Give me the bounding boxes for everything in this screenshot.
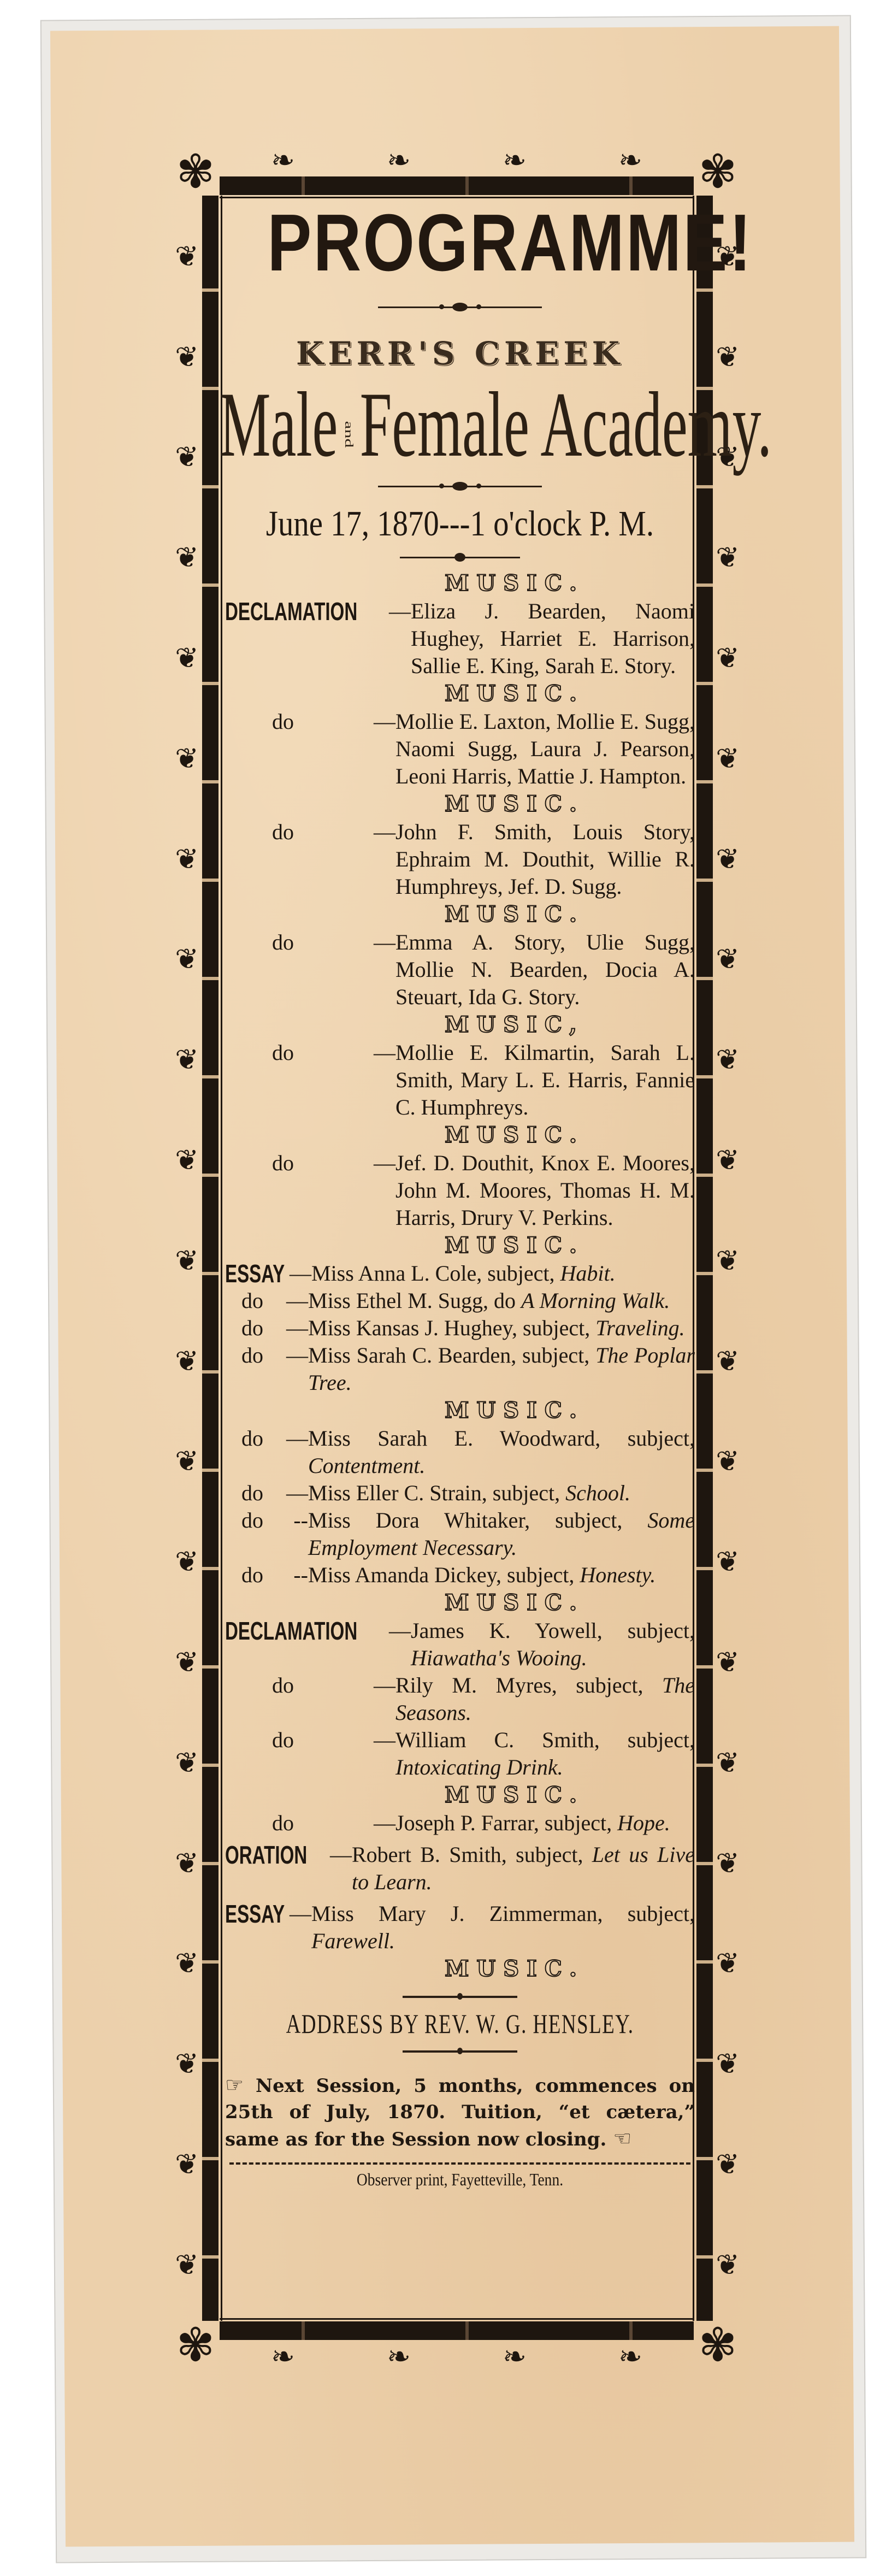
declamation-entry: do — William C. Smith, subject, Intoxica… — [225, 1726, 695, 1781]
music-interlude: MUSIC. — [334, 790, 695, 818]
music-interlude: MUSIC, — [334, 1011, 695, 1039]
pointing-hand-left-icon: ☜ — [613, 2126, 631, 2150]
music-interlude: MUSIC. — [334, 1781, 695, 1809]
essay-entry: do — Miss Ethel M. Sugg, do A Morning Wa… — [225, 1287, 695, 1314]
entry-dash: — — [290, 1260, 311, 1287]
top-ornaments: ❧ ❧ ❧ ❧ — [225, 146, 688, 174]
declamation-entry: do — Emma A. Story, Ulie Sugg, Mollie N.… — [225, 929, 695, 1011]
fleuron-icon: ❦ — [712, 1046, 743, 1074]
ornamental-divider — [378, 481, 542, 492]
entry-label: DECLAMATION — [225, 598, 343, 625]
entry-text: Miss Sarah E. Woodward, subject, — [308, 1426, 695, 1451]
essay-entry: ESSAY — Miss Anna L. Cole, subject, Habi… — [225, 1260, 695, 1287]
entry-dash: — — [374, 929, 395, 1011]
entry-dash: — — [374, 1726, 395, 1781]
entry-dash: — — [374, 1809, 395, 1837]
entry-label: do — [225, 1287, 269, 1314]
music-interlude: MUSIC. — [334, 1396, 695, 1425]
academy-name: MaleandFemale Academy. — [220, 373, 700, 476]
entry-text: Robert B. Smith, subject, — [352, 1842, 583, 1867]
fleuron-icon: ❦ — [172, 1146, 202, 1175]
entry-label: do — [225, 1342, 269, 1396]
fleuron-icon: ❦ — [712, 2050, 743, 2078]
music-interlude: MUSIC. — [334, 900, 695, 929]
fleuron-icon: ❦ — [172, 544, 202, 572]
fleuron-icon: ❦ — [172, 1749, 202, 1777]
flourish-icon: ❧ — [271, 2343, 295, 2370]
fleuron-icon: ❦ — [712, 2150, 743, 2179]
entry-dash: — — [374, 1672, 395, 1726]
flourish-icon: ❧ — [503, 2343, 527, 2370]
entry-dash: — — [269, 1287, 308, 1314]
fleuron-icon: ❦ — [712, 745, 743, 773]
border-top-bar — [220, 176, 694, 195]
declamation-entry: do — Rily M. Myres, subject, The Seasons… — [225, 1672, 695, 1726]
fleuron-icon: ❦ — [172, 644, 202, 673]
fleuron-icon: ❦ — [172, 1247, 202, 1275]
fleuron-icon: ❦ — [712, 1749, 743, 1777]
fleuron-icon: ❦ — [172, 343, 202, 372]
flourish-icon: ❧ — [618, 2343, 642, 2370]
fleuron-icon: ❦ — [172, 243, 202, 271]
entry-label: do — [225, 708, 374, 790]
declamation-entry: DECLAMATION — Eliza J. Bearden, Naomi Hu… — [225, 598, 695, 680]
entry-dash: — — [269, 1314, 308, 1342]
entry-names: Eliza J. Bearden, Naomi Hughey, Harriet … — [411, 598, 695, 680]
entry-text: James K. Yowell, subject, — [411, 1618, 695, 1643]
entry-text: Miss Anna L. Cole, subject, — [311, 1261, 555, 1286]
entry-label: do — [225, 1507, 269, 1561]
left-ornaments: ❦ ❦ ❦ ❦ ❦ ❦ ❦ ❦ ❦ ❦ ❦ ❦ ❦ ❦ ❦ ❦ ❦ ❦ ❦ ❦ … — [172, 207, 202, 2315]
address-line: ADDRESS BY REV. W. G. HENSLEY. — [221, 2002, 698, 2046]
entry-dash: — — [290, 1900, 311, 1955]
essay-entry: do — Miss Sarah E. Woodward, subject, Co… — [225, 1425, 695, 1479]
entry-dash: — — [269, 1342, 308, 1396]
fleuron-icon: ❦ — [712, 1247, 743, 1275]
entry-dash: -- — [269, 1507, 308, 1561]
essay-subject: A Morning Walk. — [521, 1288, 670, 1313]
fleuron-icon: ❦ — [712, 2251, 743, 2279]
music-interlude: MUSIC. — [334, 1955, 695, 1983]
fleuron-icon: ❦ — [712, 1849, 743, 1878]
border-left-bar — [202, 196, 218, 2321]
entry-label: do — [225, 1039, 374, 1121]
fleuron-icon: ❦ — [712, 1146, 743, 1175]
inner-rule-bottom — [220, 2318, 694, 2320]
entry-label: do — [225, 1479, 269, 1507]
fleuron-icon: ❦ — [712, 1447, 743, 1476]
fleuron-icon: ❦ — [172, 2251, 202, 2279]
academy-male: Male — [220, 373, 338, 476]
oration-entry: ORATION — Robert B. Smith, subject, Let … — [225, 1841, 695, 1896]
ornamental-divider — [400, 552, 520, 563]
corner-ornament-icon: ✾ — [693, 2320, 743, 2370]
flourish-icon: ❧ — [503, 146, 527, 174]
flourish-icon: ❧ — [387, 146, 411, 174]
flourish-icon: ❧ — [387, 2343, 411, 2370]
fleuron-icon: ❦ — [712, 845, 743, 874]
fleuron-icon: ❦ — [172, 443, 202, 471]
entry-label: do — [225, 1672, 374, 1726]
fleuron-icon: ❦ — [172, 1548, 202, 1576]
entry-dash: — — [269, 1425, 308, 1479]
fleuron-icon: ❦ — [712, 644, 743, 673]
entry-text: Joseph P. Farrar, subject, — [395, 1811, 612, 1835]
printer-imprint: Observer print, Fayetteville, Tenn. — [258, 2165, 662, 2194]
entry-dash: — — [389, 1617, 411, 1672]
right-ornaments: ❦ ❦ ❦ ❦ ❦ ❦ ❦ ❦ ❦ ❦ ❦ ❦ ❦ ❦ ❦ ❦ ❦ ❦ ❦ ❦ … — [712, 207, 743, 2315]
essay-entry: ESSAY — Miss Mary J. Zimmerman, subject,… — [225, 1900, 695, 1955]
entry-text: Miss Sarah C. Bearden, subject, — [308, 1343, 589, 1367]
entry-text: Miss Amanda Dickey, subject, — [308, 1563, 574, 1587]
fleuron-icon: ❦ — [172, 1046, 202, 1074]
flourish-icon: ❧ — [618, 146, 642, 174]
fleuron-icon: ❦ — [712, 1648, 743, 1677]
entry-text: Miss Eller C. Strain, subject, — [308, 1481, 560, 1505]
fleuron-icon: ❦ — [712, 1548, 743, 1576]
fleuron-icon: ❦ — [712, 1347, 743, 1376]
entry-names: John F. Smith, Louis Story, Ephraim M. D… — [395, 818, 695, 900]
essay-subject: School. — [565, 1481, 630, 1505]
declamation-entry: do — John F. Smith, Louis Story, Ephraim… — [225, 818, 695, 900]
border-right-bar — [696, 196, 713, 2321]
entry-label: do — [225, 1425, 269, 1479]
music-interlude: MUSIC. — [334, 1121, 695, 1150]
essay-subject: Farewell. — [311, 1929, 395, 1953]
declamation-entry: do — Jef. D. Douthit, Knox E. Moores, Jo… — [225, 1150, 695, 1231]
essay-entry: do -- Miss Amanda Dickey, subject, Hones… — [225, 1561, 695, 1589]
entry-names: Emma A. Story, Ulie Sugg, Mollie N. Bear… — [395, 929, 695, 1011]
event-date-time: June 17, 1870---1 o'clock P. M. — [258, 499, 662, 549]
programme-content: PROGRAMME! KERR'S CREEK MaleandFemale Ac… — [225, 197, 695, 2194]
essay-entry: do -- Miss Dora Whitaker, subject, Some … — [225, 1507, 695, 1561]
entry-text: Miss Ethel M. Sugg, do — [308, 1288, 516, 1313]
fleuron-icon: ❦ — [172, 845, 202, 874]
declamation-subject: Hope. — [617, 1811, 670, 1835]
fleuron-icon: ❦ — [712, 945, 743, 974]
essay-subject: Habit. — [560, 1261, 616, 1286]
institution-name: KERR'S CREEK — [225, 334, 695, 373]
fleuron-icon: ❦ — [172, 1949, 202, 1978]
entry-dash: — — [374, 818, 395, 900]
fleuron-icon: ❦ — [712, 343, 743, 372]
academy-rest: Female Academy. — [360, 373, 772, 476]
fleuron-icon: ❦ — [172, 1447, 202, 1476]
entry-label: ESSAY — [225, 1900, 271, 1955]
flourish-icon: ❧ — [271, 146, 295, 174]
entry-dash: — — [374, 708, 395, 790]
entry-dash: — — [389, 598, 411, 680]
essay-entry: do — Miss Eller C. Strain, subject, Scho… — [225, 1479, 695, 1507]
entry-text: Miss Kansas J. Hughey, subject, — [308, 1316, 590, 1340]
declamation-subject: Intoxicating Drink. — [395, 1755, 563, 1779]
entry-dash: — — [330, 1841, 352, 1896]
music-interlude: MUSIC. — [334, 680, 695, 708]
border-bottom-bar — [220, 2321, 694, 2340]
bottom-ornaments: ❧ ❧ ❧ ❧ — [225, 2343, 688, 2370]
fleuron-icon: ❦ — [172, 2050, 202, 2078]
entry-text: Rily M. Myres, subject, — [395, 1673, 643, 1697]
entry-text: Miss Dora Whitaker, subject, — [308, 1508, 622, 1532]
entry-label: do — [225, 1726, 374, 1781]
entry-label: do — [225, 1150, 374, 1231]
fleuron-icon: ❦ — [712, 1949, 743, 1978]
entry-label: do — [225, 818, 374, 900]
essay-subject: Traveling. — [595, 1316, 684, 1340]
entry-dash: — — [269, 1479, 308, 1507]
essay-entry: do — Miss Kansas J. Hughey, subject, Tra… — [225, 1314, 695, 1342]
rule-divider — [403, 1991, 517, 2002]
entry-dash: — — [374, 1150, 395, 1231]
entry-text: Miss Mary J. Zimmerman, subject, — [311, 1901, 695, 1926]
next-session-notice: ☞ Next Session, 5 months, commences on 2… — [225, 2072, 695, 2153]
corner-ornament-icon: ✾ — [693, 146, 743, 197]
entry-label: do — [225, 1809, 374, 1837]
essay-entry: do — Miss Sarah C. Bearden, subject, The… — [225, 1342, 695, 1396]
declamation-entry: do — Joseph P. Farrar, subject, Hope. — [225, 1809, 695, 1837]
fleuron-icon: ❦ — [172, 1849, 202, 1878]
declamation-entry: DECLAMATION — James K. Yowell, subject, … — [225, 1617, 695, 1672]
entry-names: Jef. D. Douthit, Knox E. Moores, John M.… — [395, 1150, 695, 1231]
declamation-entry: do — Mollie E. Kilmartin, Sarah L. Smith… — [225, 1039, 695, 1121]
entry-names: Mollie E. Laxton, Mollie E. Sugg, Naomi … — [395, 708, 695, 790]
entry-dash: -- — [269, 1561, 308, 1589]
entry-label: DECLAMATION — [225, 1617, 343, 1644]
fleuron-icon: ❦ — [172, 945, 202, 974]
fleuron-icon: ❦ — [172, 2150, 202, 2179]
academy-and: and — [343, 421, 355, 447]
music-interlude: MUSIC. — [334, 1231, 695, 1260]
entry-label: ESSAY — [225, 1260, 271, 1287]
fleuron-icon: ❦ — [172, 745, 202, 773]
fleuron-icon: ❦ — [172, 1648, 202, 1677]
declamation-entry: do — Mollie E. Laxton, Mollie E. Sugg, N… — [225, 708, 695, 790]
ornamental-divider — [378, 302, 542, 313]
entry-label: do — [225, 1314, 269, 1342]
essay-subject: Contentment. — [308, 1453, 425, 1478]
rule-divider — [403, 2046, 517, 2056]
fleuron-icon: ❦ — [712, 544, 743, 572]
page-title: PROGRAMME! — [267, 197, 652, 290]
entry-names: Mollie E. Kilmartin, Sarah L. Smith, Mar… — [395, 1039, 695, 1121]
essay-subject: Honesty. — [580, 1563, 655, 1587]
pointing-hand-right-icon: ☞ — [225, 2073, 244, 2097]
music-interlude: MUSIC. — [334, 1589, 695, 1617]
corner-ornament-icon: ✾ — [170, 146, 221, 197]
fleuron-icon: ❦ — [172, 1347, 202, 1376]
corner-ornament-icon: ✾ — [170, 2320, 221, 2370]
entry-label: do — [225, 929, 374, 1011]
entry-text: William C. Smith, subject, — [395, 1728, 695, 1752]
declamation-subject: Hiawatha's Wooing. — [411, 1646, 587, 1670]
entry-label: ORATION — [225, 1841, 300, 1896]
entry-label: do — [225, 1561, 269, 1589]
music-interlude: MUSIC. — [334, 569, 695, 598]
entry-dash: — — [374, 1039, 395, 1121]
